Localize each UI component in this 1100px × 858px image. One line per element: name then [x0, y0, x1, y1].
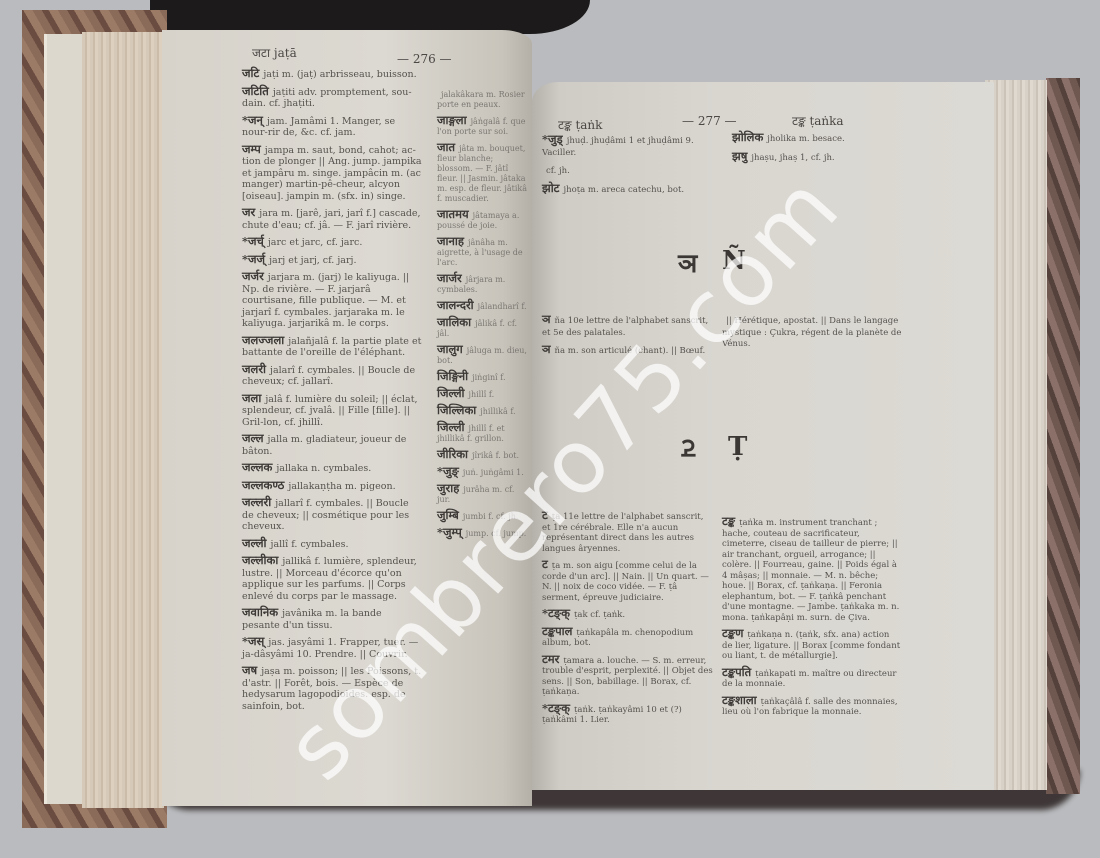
entry: जल्लjalla m. gladiateur, joueur de bâton…: [242, 433, 422, 457]
entry: जलरीjalarî f. cymbales. || Boucle de che…: [242, 364, 422, 388]
right-page-number: — 277 —: [682, 114, 737, 128]
entry: जटितिjaṭiti adv. promptement, sou-dain. …: [242, 86, 422, 110]
entry: टṭa m. son aigu [comme celui de la corde…: [542, 559, 714, 603]
section-letter-tta-roman: Ṭ: [728, 432, 747, 462]
entry: *जुड्jhuḍ. jhuḍâmi 1 et jhuḍâmi 9. Vacil…: [542, 134, 722, 159]
entry: जिल्लीjhillî f. et jhillikâ f. grillon.: [437, 422, 527, 444]
entry: जातjâta m. bouquet, fleur blanche; bloss…: [437, 142, 527, 204]
right-running-head-left: टङ्क ṭaṅk: [558, 116, 602, 133]
entry: जातमयjâtamaya a. poussé de joie.: [437, 209, 527, 231]
entry: जाङ्गलाjâṅgalâ f. que l'on porte sur soi…: [437, 115, 527, 137]
entry: जल्लकण्ठjallakaṇṭha m. pigeon.: [242, 480, 422, 493]
dark-object-top: [150, 0, 590, 34]
entry: टङ्कपतिṭaṅkapati m. maître ou directeur …: [722, 667, 902, 690]
entry: *टङ्क्ṭak cf. ṭaṅk.: [542, 608, 714, 621]
entry: *जर्च्jarc et jarc, cf. jarc.: [242, 236, 422, 249]
entry: जलाjalâ f. lumière du soleil; || éclat, …: [242, 393, 422, 429]
entry: jalakâkara m. Rosier porte en peaux.: [437, 88, 527, 110]
entry: जानाहjânâha m. aigrette, à l'usage de l'…: [437, 236, 527, 268]
right-top-column-1: *जुड्jhuḍ. jhuḍâmi 1 et jhuḍâmi 9. Vacil…: [542, 134, 722, 201]
section-letter-tta-devanagari: ट: [682, 432, 695, 468]
entry: टङ्कणṭaṅkaṇa n. (ṭaṅk, sfx. ana) action …: [722, 628, 902, 662]
entry: जरjara m. [jarê, jari, jarî f.] cascade,…: [242, 207, 422, 231]
entry: जर्जरjarjara m. (jarj) le kaliyuga. || N…: [242, 271, 422, 330]
book-photo-scene: जटा jaṭā — 276 — जटिjaṭi m. (jaṭ) arbris…: [0, 0, 1100, 858]
entry: जिङ्गिनीjiṅginî f.: [437, 371, 527, 383]
entry: जल्लकjallaka n. cymbales.: [242, 462, 422, 475]
page-block-left: [82, 32, 164, 808]
entry: जिल्लीjhillî f.: [437, 388, 527, 400]
entry: झषुjhaṣu, jhaṣ 1, cf. jh.: [732, 151, 922, 165]
entry: जल्लरीjallarî f. cymbales. || Boucle de …: [242, 497, 422, 533]
entry: जिल्लिकाjhillikâ f.: [437, 405, 527, 417]
right-top-column-2: झोलिकjholika m. besace. झषुjhaṣu, jhaṣ 1…: [732, 132, 922, 169]
entry: झोटjhoṭa m. areca catechu, bot.: [542, 183, 722, 197]
entry: टङ्कशालाṭaṅkaçâlâ f. salle des monnaies,…: [722, 695, 902, 718]
entry: टङ्कṭaṅka m. instrument tranchant ; hach…: [722, 516, 902, 623]
entry: जार्जरjârjara m. cymbales.: [437, 273, 527, 295]
right-running-head-right: टङ्क ṭaṅka: [792, 112, 844, 129]
left-page-number: — 276 —: [397, 52, 452, 66]
entry: जालिकाjâlikâ f. cf. jâl.: [437, 317, 527, 339]
entry: टङ्कपालṭaṅkapâla m. chenopodium album, b…: [542, 626, 714, 649]
entry: जटिjaṭi m. (jaṭ) arbrisseau, buisson.: [242, 68, 422, 81]
left-running-head: जटा jaṭā: [252, 44, 297, 61]
entry: cf. jh.: [542, 164, 722, 178]
entry: *जर्ज्jarj et jarj, cf. jarj.: [242, 254, 422, 267]
entry: जम्पjampa m. saut, bond, cahot; ac-tion …: [242, 144, 422, 203]
page-block-right: [985, 80, 1047, 790]
entry: जालुगjâluga m. dieu, bot.: [437, 344, 527, 366]
entry: जलज्जलाjalañjalâ f. la partie plate et b…: [242, 335, 422, 359]
entry: जल्लीjallî f. cymbales.: [242, 538, 422, 551]
marbled-cover-right: [1046, 78, 1080, 794]
entry: *जन्jam. Jamâmi 1. Manger, se nour-rir d…: [242, 115, 422, 139]
entry: *टङ्क्ṭaṅk. ṭaṅkayâmi 10 et (?) ṭaṅkâmi …: [542, 703, 714, 726]
right-bottom-column-2: टङ्कṭaṅka m. instrument tranchant ; hach…: [722, 516, 902, 723]
flyleaf-left: [44, 34, 87, 804]
entry: टमरṭamara a. louche. — S. m. erreur, tro…: [542, 654, 714, 698]
entry: झोलिकjholika m. besace.: [732, 132, 922, 146]
entry: जालन्दरीjâlandharî f.: [437, 300, 527, 312]
